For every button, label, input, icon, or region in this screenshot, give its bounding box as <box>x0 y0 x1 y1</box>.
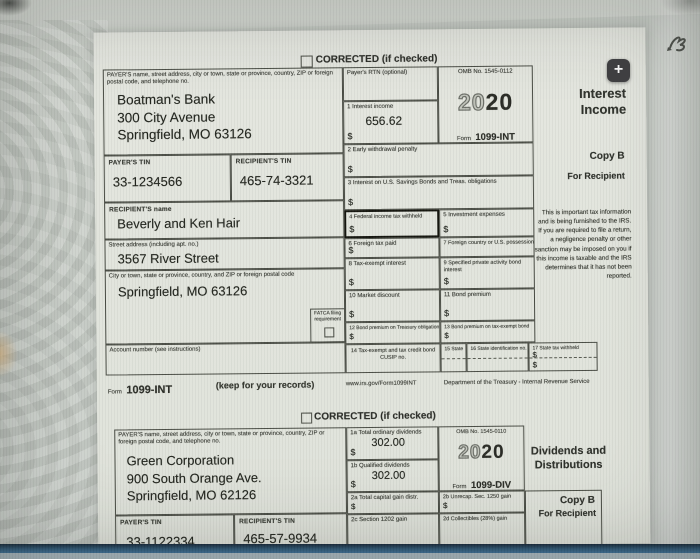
box16-label: 16 State identification no. <box>467 343 527 352</box>
dollar-sign: $ <box>533 360 538 369</box>
box2b-cell: 2b Unrecap. Sec. 1250 gain $ <box>439 491 525 514</box>
box5-cell: 5 Investment expenses $ <box>439 208 534 237</box>
dollar-sign: $ <box>443 224 448 234</box>
recipient-tin-cell: RECIPIENT'S TIN 465-74-3321 <box>231 153 344 201</box>
dollar-sign: $ <box>348 245 353 255</box>
payer-address1: 900 South Orange Ave. <box>127 470 346 487</box>
box13-label: 13 Bond premium on tax-exempt bond <box>441 321 534 330</box>
payer-name: Green Corporation <box>126 452 345 469</box>
box8-label: 8 Tax-exempt interest <box>346 258 439 268</box>
dollar-sign: $ <box>444 331 449 340</box>
recipient-tin-label: RECIPIENT'S TIN <box>232 154 343 165</box>
copy-b-label: Copy B <box>539 151 625 163</box>
box2a-label: 2a Total capital gain distr. <box>348 492 438 502</box>
form-title-line2: Distributions <box>525 458 613 473</box>
omb-label: OMB No. 1545-0112 <box>439 66 532 76</box>
irs-url: www.irs.gov/Form1099INT <box>346 381 417 388</box>
form-number: 1099-DIV <box>471 480 511 491</box>
box17-cell: 17 State tax withheld $ $ <box>528 342 597 372</box>
corrected-label: CORRECTED (if checked) <box>316 53 438 65</box>
omb-label: OMB No. 1545-0110 <box>439 427 523 436</box>
box17-label: 17 State tax withheld <box>529 343 596 352</box>
year-solid: 20 <box>481 442 504 463</box>
form-word: Form <box>457 136 471 142</box>
dollar-sign: $ <box>349 332 354 341</box>
dollar-sign: $ <box>349 309 354 319</box>
dollar-sign: $ <box>349 277 354 287</box>
below-bar-strip <box>0 553 700 559</box>
corrected-checkbox[interactable] <box>301 56 313 68</box>
box2c-label: 2c Section 1202 gain <box>348 514 438 524</box>
box1-cell: 1 Interest income 656.62 $ <box>343 100 438 144</box>
box13-cell: 13 Bond premium on tax-exempt bond $ <box>440 320 535 343</box>
street-value: 3567 River Street <box>118 249 344 266</box>
box2b-label: 2b Unrecap. Sec. 1250 gain <box>440 492 524 501</box>
dollar-sign: $ <box>443 501 448 510</box>
payer-tin-label: PAYER'S TIN <box>116 515 233 526</box>
box6-cell: 6 Foreign tax paid $ <box>344 237 439 258</box>
add-button[interactable]: + <box>607 59 630 82</box>
street-label: Street address (including apt. no.) <box>105 238 343 249</box>
recipient-name-cell: RECIPIENT'S name Beverly and Ken Hair <box>104 200 344 239</box>
recipient-name-label: RECIPIENT'S name <box>105 201 343 213</box>
box15-label: 15 State <box>441 344 465 352</box>
footer-form-number: 1099-INT <box>126 384 172 396</box>
box14-label: 14 Tax-exempt and tax credit bond CUSIP … <box>346 344 439 361</box>
box1-label: 1 Interest income <box>344 101 437 111</box>
document-area: CORRECTED (if checked) PAYER'S name, str… <box>0 0 700 559</box>
for-recipient-label: For Recipient <box>538 508 596 519</box>
dollar-sign: $ <box>351 502 356 511</box>
payer-tin-value: 33-1234566 <box>113 173 230 189</box>
dashed-divider <box>468 357 528 359</box>
photographed-screen: CORRECTED (if checked) PAYER'S name, str… <box>0 0 700 559</box>
form-title-line1: Interest <box>538 86 626 103</box>
copy-b-label: Copy B <box>560 495 595 506</box>
dollar-sign: $ <box>349 224 354 234</box>
account-cell: Account number (see instructions) <box>105 342 345 375</box>
box1b-cell: 1b Qualified dividends 302.00 $ <box>347 459 439 492</box>
payer-name: Boatman's Bank <box>117 91 342 108</box>
omb-year-cell: OMB No. 1545-0112 2020 Form 1099-INT <box>438 65 534 143</box>
form-title: Dividends and Distributions <box>524 444 612 473</box>
form-title-line2: Income <box>538 102 626 119</box>
box5-label: 5 Investment expenses <box>440 209 533 219</box>
box9-label: 9 Specified private activity bond intere… <box>441 257 529 273</box>
form-word: Form <box>452 484 466 490</box>
box16-cell: 16 State identification no. <box>466 342 528 372</box>
dollar-sign: $ <box>347 131 352 141</box>
payer-address2: Springfield, MO 62126 <box>127 487 346 504</box>
payer-tin-cell: PAYER'S TIN 33-1234566 <box>104 154 231 202</box>
pen-cursor-icon <box>660 26 696 62</box>
form-title: Interest Income <box>538 86 626 119</box>
payer-block: PAYER'S name, street address, city or to… <box>103 67 344 155</box>
box15-cell: 15 State <box>440 343 466 372</box>
footer-form-word: Form <box>108 389 122 395</box>
fatca-cell: FATCA filing requirement <box>310 308 345 342</box>
form-title-line1: Dividends and <box>524 444 612 459</box>
recipient-tin-value: 465-74-3321 <box>240 172 343 188</box>
account-label: Account number (see instructions) <box>106 343 344 354</box>
dollar-sign: $ <box>444 308 449 318</box>
rtn-cell: Payer's RTN (optional) <box>343 66 438 101</box>
box11-cell: 11 Bond premium $ <box>440 288 535 321</box>
recipient-name-value: Beverly and Ken Hair <box>117 214 343 231</box>
important-tax-text: This is important tax information and is… <box>533 207 632 281</box>
payer-block-label: PAYER'S name, street address, city or to… <box>115 428 342 447</box>
fatca-checkbox[interactable] <box>324 327 334 337</box>
box1b-value: 302.00 <box>372 469 424 481</box>
city-label: City or town, state or province, country… <box>106 269 339 280</box>
box10-label: 10 Market discount <box>346 290 439 300</box>
year-solid: 20 <box>485 89 513 115</box>
box1-value: 656.62 <box>344 113 423 128</box>
corrected-checkbox[interactable] <box>301 413 312 424</box>
year-outline: 20 <box>458 89 486 115</box>
corrected-label: CORRECTED (if checked) <box>314 410 436 422</box>
box11-label: 11 Bond premium <box>441 289 534 299</box>
box4-label: 4 Federal income tax withheld <box>346 211 437 220</box>
box10-cell: 10 Market discount $ <box>345 289 440 322</box>
footer-form-id: Form 1099-INT <box>108 380 172 399</box>
box3-label: 3 Interest on U.S. Savings Bonds and Tre… <box>345 176 533 187</box>
form-number: 1099-INT <box>475 132 515 143</box>
box2-label: 2 Early withdrawal penalty <box>345 143 533 154</box>
dashed-divider <box>442 358 466 359</box>
box7-label: 7 Foreign country or U.S. possession <box>440 237 533 246</box>
payer-address2: Springfield, MO 63126 <box>117 126 342 143</box>
payer-tin-label: PAYER'S TIN <box>105 155 230 166</box>
box1a-cell: 1a Total ordinary dividends 302.00 $ <box>346 426 438 460</box>
payer-address1: 300 City Avenue <box>117 109 342 126</box>
box12-label: 12 Bond premium on Treasury obligations <box>346 322 439 331</box>
box1a-value: 302.00 <box>371 436 423 448</box>
box9-cell: 9 Specified private activity bond intere… <box>440 256 535 289</box>
fatca-label: FATCA filing requirement <box>311 309 344 323</box>
dashed-divider <box>530 357 597 359</box>
dollar-sign: $ <box>348 197 353 207</box>
payer-block: PAYER'S name, street address, city or to… <box>114 427 347 515</box>
for-recipient-label: For Recipient <box>531 171 625 182</box>
omb-year-cell: OMB No. 1545-0110 2020 Form 1099-DIV <box>438 426 525 492</box>
box6-label: 6 Foreign tax paid <box>345 238 438 248</box>
box2-cell: 2 Early withdrawal penalty $ <box>344 142 534 177</box>
year-outline: 20 <box>458 442 481 463</box>
street-cell: Street address (including apt. no.) 3567… <box>104 237 344 270</box>
box14-cell: 14 Tax-exempt and tax credit bond CUSIP … <box>345 343 440 373</box>
dollar-sign: $ <box>444 276 449 286</box>
box2d-label: 2d Collectibles (28%) gain <box>440 514 524 523</box>
payer-block-label: PAYER'S name, street address, city or to… <box>104 68 339 87</box>
box8-cell: 8 Tax-exempt interest $ <box>345 257 440 290</box>
city-value: Springfield, MO 63126 <box>118 282 344 299</box>
dollar-sign: $ <box>348 164 353 174</box>
box3-cell: 3 Interest on U.S. Savings Bonds and Tre… <box>344 175 534 210</box>
keep-for-records-label: (keep for your records) <box>216 380 315 391</box>
dollar-sign: $ <box>350 447 355 457</box>
recipient-tin-label: RECIPIENT'S TIN <box>235 514 346 525</box>
box7-cell: 7 Foreign country or U.S. possession <box>439 236 534 257</box>
box4-cell-selected[interactable]: 4 Federal income tax withheld $ <box>344 209 439 238</box>
rtn-label: Payer's RTN (optional) <box>344 67 437 77</box>
window-bottom-bar <box>0 544 700 553</box>
box2a-cell: 2a Total capital gain distr. $ <box>347 491 439 514</box>
dollar-sign: $ <box>351 479 356 489</box>
box12-cell: 12 Bond premium on Treasury obligations … <box>345 321 440 344</box>
city-cell: City or town, state or province, country… <box>105 268 346 344</box>
